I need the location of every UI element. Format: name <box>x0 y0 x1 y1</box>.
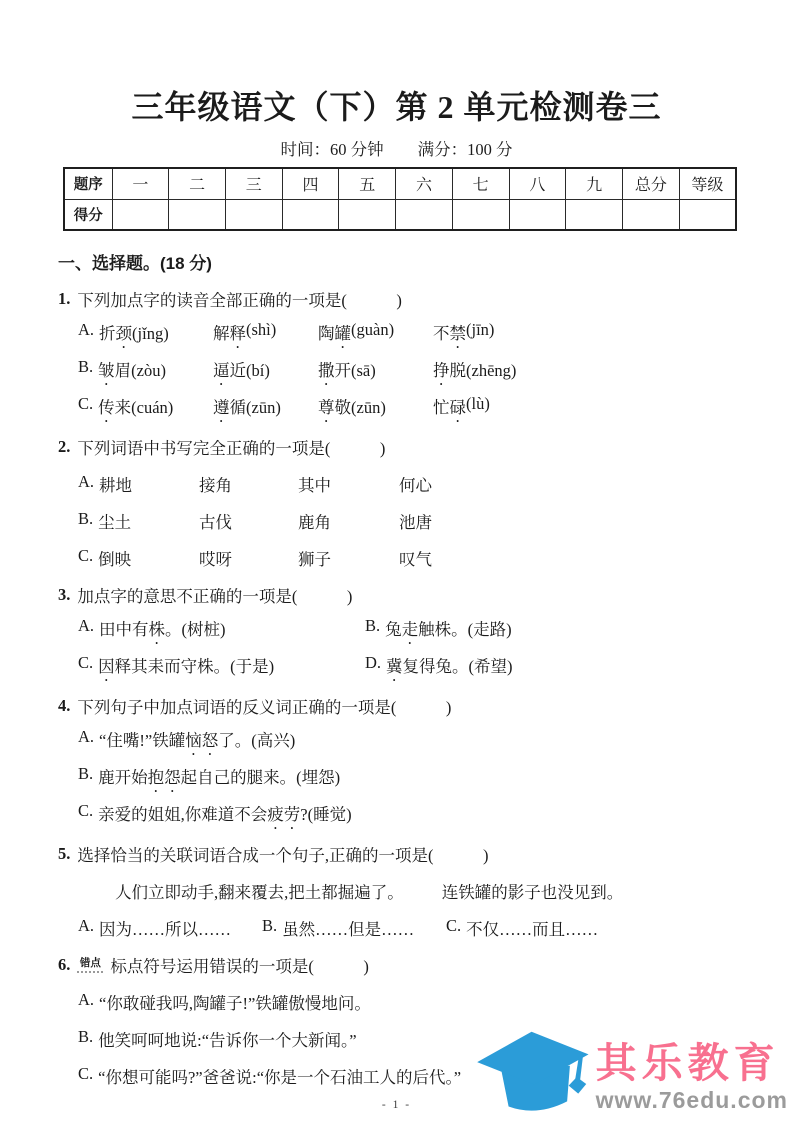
option-text: “你敢碰我吗,陶罐子!”铁罐傲慢地问。 <box>99 990 371 1014</box>
question-stem: 1. 下列加点字的读音全部正确的一项是( ) <box>58 280 793 317</box>
option-c: C.因释其耒而守株。(于是) <box>78 653 365 685</box>
option-word: 倒映 <box>98 546 131 570</box>
option-text: 兔走触株。(走路) <box>385 616 512 648</box>
brand-logo: 其乐教育 www.76edu.com <box>474 1024 788 1118</box>
dotted-char: 疲劳 <box>267 805 300 824</box>
option-text: 不仅……而且…… <box>466 916 598 940</box>
question-body: 一、选择题。(18 分) 1. 下列加点字的读音全部正确的一项是( ) A. 折… <box>58 243 793 1094</box>
option-c: C.不仅……而且…… <box>446 916 598 940</box>
option-label: C. <box>78 1064 93 1088</box>
question-number: 3. <box>58 585 70 605</box>
option-row: A.“你敢碰我吗,陶罐子!”铁罐傲慢地问。 <box>58 983 793 1020</box>
option-label: B. <box>78 764 93 796</box>
option-word: 撒开(sā) <box>318 357 433 389</box>
stem-text: 选择恰当的关联词语合成一个句子,正确的一项是( ) <box>77 842 488 866</box>
error-point-badge: 错点 <box>77 958 103 974</box>
option-word: 狮子 <box>298 546 399 570</box>
option-row: B.鹿开始抱怨起自己的腿来。(埋怨) <box>58 761 793 798</box>
brand-text-block: 其乐教育 www.76edu.com <box>596 1043 788 1118</box>
option-row: C. 传来(cuán) 遵循(zūn) 尊敬(zūn) 忙碌(lù) <box>58 391 793 428</box>
option-a: A.田中有株。(树桩) <box>78 616 365 648</box>
sentence-part-2: 连铁罐的影子也没见到。 <box>442 879 624 903</box>
question-stem: 4. 下列句子中加点词语的反义词正确的一项是( ) <box>58 687 793 724</box>
stem-text: 下列词语中书写完全正确的一项是( ) <box>77 435 385 459</box>
option-text: 冀复得兔。(希望) <box>386 653 513 685</box>
column-header: 二 <box>169 168 226 199</box>
option-word: 何心 <box>399 472 432 496</box>
question-stem: 5. 选择恰当的关联词语合成一个句子,正确的一项是( ) <box>58 835 793 872</box>
option-label: A. <box>78 472 94 496</box>
option-text: 他笑呵呵地说:“告诉你一个大新闻。” <box>98 1027 356 1051</box>
option-text: 因释其耒而守株。(于是) <box>98 653 274 685</box>
option-label: B. <box>262 916 277 940</box>
score-cell <box>396 199 453 230</box>
page-title: 三年级语文（下）第 2 单元检测卷三 <box>0 0 793 128</box>
option-word: 接角 <box>199 472 298 496</box>
option-word: 解释(shì) <box>213 320 318 352</box>
dotted-char: 遵 <box>213 394 230 426</box>
score-cell <box>509 199 566 230</box>
option-c: C.倒映 <box>78 546 199 570</box>
option-word: 叹气 <box>399 546 432 570</box>
option-word: 遵循(zūn) <box>213 394 318 426</box>
question-stem: 2. 下列词语中书写完全正确的一项是( ) <box>58 428 793 465</box>
option-label: A. <box>78 916 94 940</box>
dotted-char: 碌 <box>450 394 467 426</box>
exam-meta: 时间：60 分钟满分：100 分 <box>0 136 793 160</box>
option-row: B.尘土 古伐 鹿角 池唐 <box>58 502 793 539</box>
dotted-char: 抱怨 <box>148 768 181 787</box>
dotted-char: 撒 <box>318 357 335 389</box>
table-row-score: 得分 <box>64 199 736 230</box>
graduation-cap-icon <box>474 1024 592 1118</box>
option-b: B. 皱眉(zòu) <box>78 357 213 389</box>
dotted-char: 释 <box>230 320 247 352</box>
score-table: 题序 一 二 三 四 五 六 七 八 九 总分 等级 得分 <box>63 167 737 231</box>
option-row: A. 折颈(jǐng) 解释(shì) 陶罐(guàn) 不禁(jīn) <box>58 317 793 354</box>
option-row: C.因释其耒而守株。(于是) D.冀复得兔。(希望) <box>58 650 793 687</box>
question-number: 1. <box>58 289 70 309</box>
option-c: C.亲爱的姐姐,你难道不会疲劳?(睡觉) <box>78 801 352 833</box>
stem-text: 标点符号运用错误的一项是( ) <box>110 953 369 977</box>
option-word: 折颈(jǐng) <box>99 320 169 352</box>
option-row: C.倒映 哎呀 狮子 叹气 <box>58 539 793 576</box>
brand-url: www.76edu.com <box>596 1089 788 1112</box>
option-word: 传来(cuán) <box>98 394 173 426</box>
question-number: 5. <box>58 844 70 864</box>
dotted-char: 走 <box>402 620 419 639</box>
column-header: 等级 <box>679 168 736 199</box>
option-row: A.因为……所以…… B.虽然……但是…… C.不仅……而且…… <box>58 909 793 946</box>
question-1: 1. 下列加点字的读音全部正确的一项是( ) A. 折颈(jǐng) 解释(sh… <box>58 280 793 428</box>
question-number: 2. <box>58 437 70 457</box>
option-word: 挣脱(zhēng) <box>433 357 516 389</box>
option-d: D.冀复得兔。(希望) <box>365 653 513 685</box>
column-header: 五 <box>339 168 396 199</box>
option-label: B. <box>78 357 93 389</box>
option-row: B. 皱眉(zòu) 逼近(bí) 撒开(sā) 挣脱(zhēng) <box>58 354 793 391</box>
option-word: 逼近(bí) <box>213 357 318 389</box>
column-header: 一 <box>112 168 169 199</box>
option-text: “你想可能吗?”爸爸说:“你是一个石油工人的后代。” <box>98 1064 461 1088</box>
option-c: C. 传来(cuán) <box>78 394 213 426</box>
option-b: B.鹿开始抱怨起自己的腿来。(埋怨) <box>78 764 340 796</box>
score-cell <box>112 199 169 230</box>
question-number: 4. <box>58 696 70 716</box>
score-cell <box>566 199 623 230</box>
column-header: 八 <box>509 168 566 199</box>
score-cell <box>169 199 226 230</box>
option-word: 皱眉(zòu) <box>98 357 166 389</box>
question-5: 5. 选择恰当的关联词语合成一个句子,正确的一项是( ) 人们立即动手,翻来覆去… <box>58 835 793 946</box>
full-score-label: 满分：100 分 <box>418 140 513 159</box>
option-word: 古伐 <box>199 509 298 533</box>
option-b: B.虽然……但是…… <box>262 916 446 940</box>
option-a: A.耕地 <box>78 472 199 496</box>
column-header: 四 <box>282 168 339 199</box>
table-row-question-order: 题序 一 二 三 四 五 六 七 八 九 总分 等级 <box>64 168 736 199</box>
column-header: 七 <box>452 168 509 199</box>
option-label: C. <box>78 801 93 833</box>
dotted-char: 尊 <box>318 394 335 426</box>
stem-text: 下列加点字的读音全部正确的一项是( ) <box>77 287 402 311</box>
option-label: B. <box>78 1027 93 1051</box>
stem-text: 下列句子中加点词语的反义词正确的一项是( ) <box>77 694 451 718</box>
option-row: A.耕地 接角 其中 何心 <box>58 465 793 502</box>
option-row: C.亲爱的姐姐,你难道不会疲劳?(睡觉) <box>58 798 793 835</box>
question-stem: 6. 错点 标点符号运用错误的一项是( ) <box>58 946 793 983</box>
dotted-char: 禁 <box>450 320 467 352</box>
option-row: A.“住嘴!”铁罐恼怒了。(高兴) <box>58 724 793 761</box>
option-text: 虽然……但是…… <box>282 916 414 940</box>
row-label-score: 得分 <box>64 199 112 230</box>
brand-name: 其乐教育 <box>596 1043 780 1084</box>
option-a: A.因为……所以…… <box>78 916 262 940</box>
dotted-char: 皱 <box>98 361 115 380</box>
dotted-char: 逼 <box>213 357 230 389</box>
option-label: B. <box>365 616 380 648</box>
stem-text: 加点字的意思不正确的一项是( ) <box>77 583 352 607</box>
score-cell <box>452 199 509 230</box>
option-text: “住嘴!”铁罐恼怒了。(高兴) <box>99 727 295 759</box>
score-cell <box>339 199 396 230</box>
option-label: A. <box>78 616 94 648</box>
option-text: 田中有株。(树桩) <box>99 616 226 648</box>
option-b: B.他笑呵呵地说:“告诉你一个大新闻。” <box>78 1027 357 1051</box>
option-b: B.兔走触株。(走路) <box>365 616 512 648</box>
row-label-question-order: 题序 <box>64 168 112 199</box>
sentence-part-1: 人们立即动手,翻来覆去,把土都掘遍了。 <box>115 879 404 903</box>
question-sentence: 人们立即动手,翻来覆去,把土都掘遍了。连铁罐的影子也没见到。 <box>58 872 793 909</box>
question-stem: 3. 加点字的意思不正确的一项是( ) <box>58 576 793 613</box>
option-text: 因为……所以…… <box>99 916 231 940</box>
dotted-char: 传 <box>98 398 115 417</box>
dotted-char: 挣 <box>433 357 450 389</box>
column-header: 九 <box>566 168 623 199</box>
column-header: 六 <box>396 168 453 199</box>
dotted-char: 株 <box>149 620 166 639</box>
option-label: C. <box>446 916 461 940</box>
dotted-char: 颈 <box>116 324 133 343</box>
option-word: 其中 <box>298 472 399 496</box>
option-a: A.“住嘴!”铁罐恼怒了。(高兴) <box>78 727 295 759</box>
option-label: C. <box>78 653 93 685</box>
option-a: A. 折颈(jǐng) <box>78 320 213 352</box>
option-a: A.“你敢碰我吗,陶罐子!”铁罐傲慢地问。 <box>78 990 371 1014</box>
question-4: 4. 下列句子中加点词语的反义词正确的一项是( ) A.“住嘴!”铁罐恼怒了。(… <box>58 687 793 835</box>
option-label: C. <box>78 394 93 426</box>
time-limit-label: 时间：60 分钟 <box>281 140 384 159</box>
column-header: 三 <box>225 168 282 199</box>
option-label: A. <box>78 727 94 759</box>
section-heading: 一、选择题。(18 分) <box>58 243 793 280</box>
option-word: 不禁(jīn) <box>433 320 494 352</box>
question-number: 6. <box>58 955 70 975</box>
option-label: A. <box>78 990 94 1014</box>
option-word: 尘土 <box>98 509 131 533</box>
question-2: 2. 下列词语中书写完全正确的一项是( ) A.耕地 接角 其中 何心 B.尘土… <box>58 428 793 576</box>
option-label: A. <box>78 320 94 352</box>
dotted-char: 冀 <box>386 657 403 676</box>
option-label: B. <box>78 509 93 533</box>
option-text: 鹿开始抱怨起自己的腿来。(埋怨) <box>98 764 340 796</box>
option-c: C.“你想可能吗?”爸爸说:“你是一个石油工人的后代。” <box>78 1064 461 1088</box>
score-cell <box>282 199 339 230</box>
option-b: B.尘土 <box>78 509 199 533</box>
dotted-char: 恼怒 <box>185 731 218 750</box>
dotted-char: 罐 <box>335 320 352 352</box>
score-cell <box>225 199 282 230</box>
score-cell <box>622 199 679 230</box>
question-3: 3. 加点字的意思不正确的一项是( ) A.田中有株。(树桩) B.兔走触株。(… <box>58 576 793 687</box>
option-word: 尊敬(zūn) <box>318 394 433 426</box>
score-cell <box>679 199 736 230</box>
option-label: C. <box>78 546 93 570</box>
exam-paper-page: 三年级语文（下）第 2 单元检测卷三 时间：60 分钟满分：100 分 题序 一… <box>0 0 793 1122</box>
option-word: 忙碌(lù) <box>433 394 490 426</box>
column-header: 总分 <box>622 168 679 199</box>
option-word: 池唐 <box>399 509 432 533</box>
option-label: D. <box>365 653 381 685</box>
dotted-char: 因 <box>98 657 115 676</box>
option-row: A.田中有株。(树桩) B.兔走触株。(走路) <box>58 613 793 650</box>
option-word: 耕地 <box>99 472 132 496</box>
option-word: 哎呀 <box>199 546 298 570</box>
option-word: 鹿角 <box>298 509 399 533</box>
option-word: 陶罐(guàn) <box>318 320 433 352</box>
option-text: 亲爱的姐姐,你难道不会疲劳?(睡觉) <box>98 801 351 833</box>
